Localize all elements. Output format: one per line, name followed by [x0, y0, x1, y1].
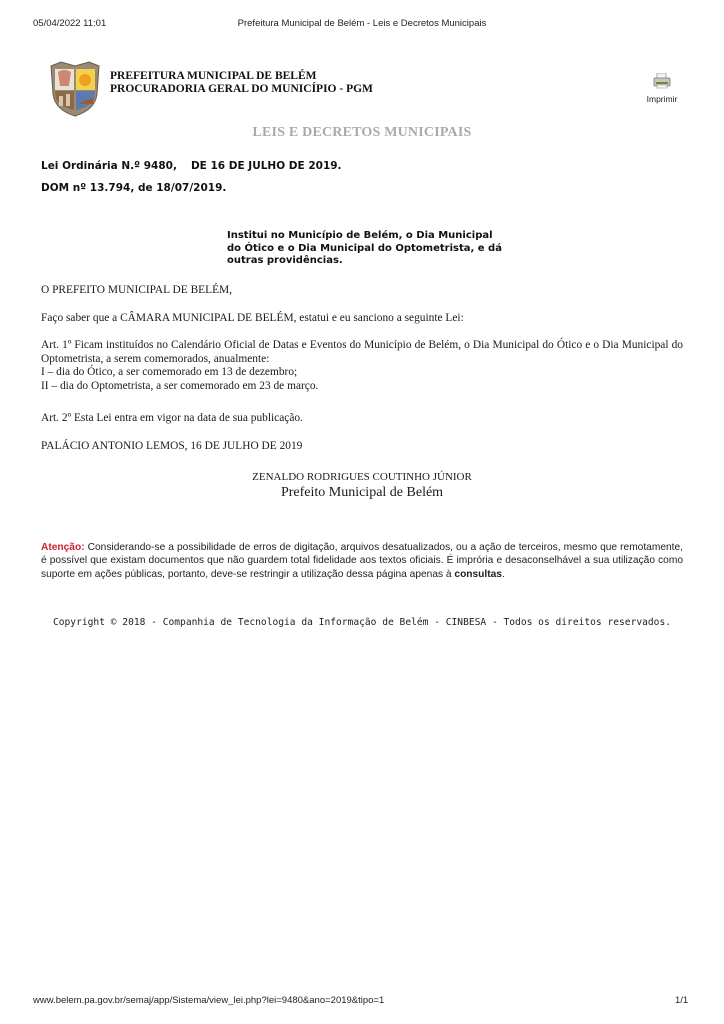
- disclaimer-text: Considerando-se a possibilidade de erros…: [41, 542, 683, 580]
- print-button[interactable]: Imprimir: [642, 73, 682, 104]
- print-label: Imprimir: [642, 94, 682, 104]
- letterhead-line2: PROCURADORIA GERAL DO MUNICÍPIO - PGM: [110, 83, 373, 96]
- article-1-item-1: I – dia do Ótico, a ser comemorado em 13…: [41, 366, 297, 380]
- signatory-title: Prefeito Municipal de Belém: [0, 485, 724, 501]
- section-title: LEIS E DECRETOS MUNICIPAIS: [0, 125, 724, 141]
- law-date: DE 16 DE JULHO DE 2019.: [191, 160, 342, 172]
- disclaimer-end: .: [502, 569, 505, 580]
- preamble: O PREFEITO MUNICIPAL DE BELÉM,: [41, 284, 232, 298]
- enactment-clause: Faço saber que a CÂMARA MUNICIPAL DE BEL…: [41, 312, 464, 326]
- article-1-item-2: II – dia do Optometrista, a ser comemora…: [41, 380, 318, 394]
- attention-label: Atenção:: [41, 542, 85, 553]
- article-1: Art. 1º Ficam instituídos no Calendário …: [41, 339, 683, 366]
- dom-reference: DOM nº 13.794, de 18/07/2019.: [41, 182, 226, 194]
- signatory-name: ZENALDO RODRIGUES COUTINHO JÚNIOR: [0, 471, 724, 483]
- copyright-notice: Copyright © 2018 - Companhia de Tecnolog…: [45, 617, 679, 629]
- print-url: www.belem.pa.gov.br/semaj/app/Sistema/vi…: [33, 995, 384, 1006]
- law-ementa: Institui no Município de Belém, o Dia Mu…: [227, 230, 502, 268]
- article-2: Art. 2º Esta Lei entra em vigor na data …: [41, 412, 303, 426]
- law-number: Lei Ordinária N.º 9480,: [41, 160, 177, 172]
- printer-icon: [652, 73, 672, 94]
- disclaimer-notice: Atenção: Considerando-se a possibilidade…: [41, 541, 683, 581]
- place-and-date: PALÁCIO ANTONIO LEMOS, 16 DE JULHO DE 20…: [41, 440, 302, 454]
- coat-of-arms-logo: [47, 60, 103, 118]
- disclaimer-emphasis: consultas: [454, 569, 502, 580]
- print-page-title: Prefeitura Municipal de Belém - Leis e D…: [0, 18, 724, 29]
- letterhead-line1: PREFEITURA MUNICIPAL DE BELÉM: [110, 70, 317, 83]
- law-title: Lei Ordinária N.º 9480,DE 16 DE JULHO DE…: [41, 160, 342, 172]
- print-page-number: 1/1: [675, 995, 688, 1006]
